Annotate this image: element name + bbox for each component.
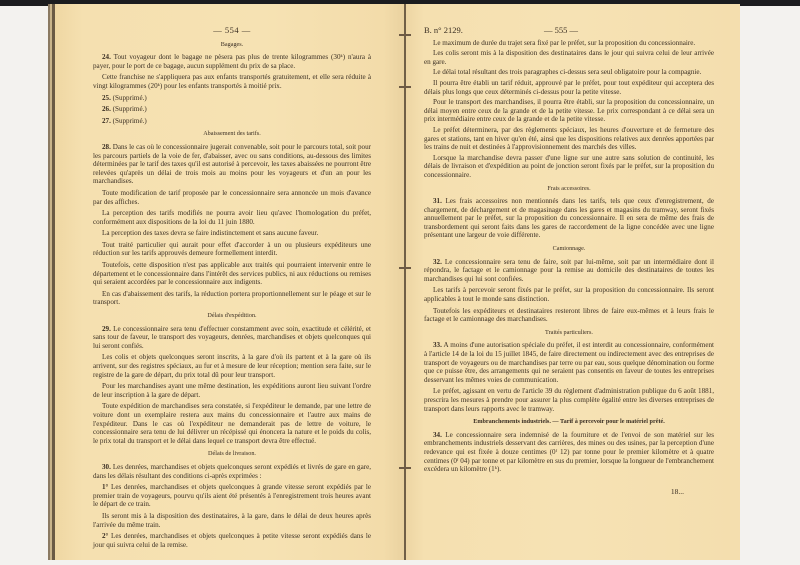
article-paragraph: 29. Le concessionnaire sera tenu d'effec…: [93, 325, 371, 351]
signature-mark: 18...: [424, 488, 714, 497]
section-heading: Abaissement des tarifs.: [93, 130, 371, 139]
right-page: B. n° 2129. — 555 — Le maximum de durée …: [404, 4, 740, 560]
article-paragraph: Toute expédition de marchandises sera co…: [93, 402, 371, 445]
right-intro-paragraphs: Le maximum de durée du trajet sera fixé …: [424, 39, 714, 180]
paragraph-text: Il pourra être établi un tarif réduit, a…: [424, 79, 714, 96]
article-paragraph: 30. Les denrées, marchandises et objets …: [93, 463, 371, 480]
binding-stitch: [399, 467, 411, 469]
section-heading: Camionnage.: [424, 245, 714, 254]
paragraph-text: Les tarifs à percevoir seront fixés par …: [424, 286, 714, 303]
paragraph-text: Le concessionnaire sera indemnisé de la …: [424, 431, 714, 473]
article-number: 24.: [102, 53, 111, 61]
article-paragraph: 28. Dans le cas où le concessionnaire ju…: [93, 143, 371, 186]
left-page-content: — 554 — Bagages.24. Tout voyageur dont l…: [93, 26, 371, 552]
article-paragraph: Toute modification de tarif proposée par…: [93, 189, 371, 206]
running-header: B. n° 2129. — 555 —: [424, 26, 714, 35]
paragraph-text: Le concessionnaire sera tenu de faire, s…: [424, 258, 714, 283]
section-heading: Traités particuliers.: [424, 329, 714, 338]
article-paragraph: La perception des taxes devra se faire i…: [93, 229, 371, 238]
paragraph-text: (Supprimé.): [111, 105, 147, 113]
paragraph-text: Ils seront mis à la disposition des dest…: [93, 512, 371, 529]
paragraph-text: Les denrées, marchandises et objets quel…: [93, 483, 371, 508]
page-number-right: — 555 —: [534, 26, 714, 35]
article-paragraph: Pour les marchandises ayant une même des…: [93, 382, 371, 399]
paragraph-text: Tout voyageur dont le bagage ne pèsera p…: [93, 53, 371, 70]
paragraph-text: Toutefois, cette disposition n'est pas a…: [93, 261, 371, 286]
article-number: 25.: [102, 94, 111, 102]
binding-stitch: [399, 86, 411, 88]
paragraph-text: Le maximum de durée du trajet sera fixé …: [424, 39, 714, 48]
page-number-left: — 554 —: [93, 26, 371, 35]
article-paragraph: 25. (Supprimé.): [93, 94, 371, 103]
article-number: 30.: [102, 463, 111, 471]
article-paragraph: En cas d'abaissement des tarifs, la rédu…: [93, 290, 371, 307]
binding-stitch: [399, 267, 411, 269]
bulletin-number: B. n° 2129.: [424, 26, 534, 35]
article-paragraph: La perception des tarifs modifiés ne pou…: [93, 209, 371, 226]
article-paragraph: 27. (Supprimé.): [93, 117, 371, 126]
paragraph-text: Tout traité particulier qui aurait pour …: [93, 241, 371, 258]
article-number: 27.: [102, 117, 111, 125]
article-paragraph: Toutefois les expéditeurs et destinatair…: [424, 307, 714, 324]
paragraph-text: Toutefois les expéditeurs et destinatair…: [424, 307, 714, 324]
article-paragraph: Le préfet, agissant en vertu de l'articl…: [424, 387, 714, 413]
paragraph-text: Les frais accessoires non mentionnés dan…: [424, 197, 714, 239]
article-paragraph: Cette franchise ne s'appliquera pas aux …: [93, 73, 371, 90]
article-paragraph: 1° Les denrées, marchandises et objets q…: [93, 483, 371, 509]
article-number: 33.: [433, 341, 442, 349]
article-paragraph: 2° Les denrées, marchandises et objets q…: [93, 532, 371, 549]
paragraph-text: A moins d'une autorisation spéciale du p…: [424, 341, 714, 383]
article-paragraph: 24. Tout voyageur dont le bagage ne pèse…: [93, 53, 371, 70]
book-spread: — 554 — Bagages.24. Tout voyageur dont l…: [52, 4, 740, 560]
section-heading: Délais d'expédition.: [93, 312, 371, 321]
article-paragraph: Toutefois, cette disposition n'est pas a…: [93, 261, 371, 287]
article-paragraph: 34. Le concessionnaire sera indemnisé de…: [424, 431, 714, 474]
article-number: 34.: [433, 431, 442, 439]
section-heading: Bagages.: [93, 41, 371, 50]
left-page: — 554 — Bagages.24. Tout voyageur dont l…: [52, 4, 404, 560]
paragraph-text: Les colis seront mis à la disposition de…: [424, 49, 714, 66]
paragraph-text: Le concessionnaire sera tenu d'effectuer…: [93, 325, 371, 350]
article-paragraph: 26. (Supprimé.): [93, 105, 371, 114]
article-number: 32.: [433, 258, 442, 266]
article-paragraph: 32. Le concessionnaire sera tenu de fair…: [424, 258, 714, 284]
section-heading: Délais de livraison.: [93, 450, 371, 459]
paragraph-text: Le délai total résultant des trois parag…: [424, 68, 714, 77]
article-paragraph: Tout traité particulier qui aurait pour …: [93, 241, 371, 258]
article-paragraph: 33. A moins d'une autorisation spéciale …: [424, 341, 714, 384]
paragraph-text: Pour les marchandises ayant une même des…: [93, 382, 371, 399]
article-paragraph: 31. Les frais accessoires non mentionnés…: [424, 197, 714, 240]
article-paragraph: Les tarifs à percevoir seront fixés par …: [424, 286, 714, 303]
paragraph-text: Pour le transport des marchandises, il p…: [424, 98, 714, 124]
paragraph-text: Dans le cas où le concessionnaire jugera…: [93, 143, 371, 185]
paragraph-text: (Supprimé.): [111, 94, 147, 102]
article-number: 28.: [102, 143, 111, 151]
section-heading: Frais accessoires.: [424, 185, 714, 194]
paragraph-text: En cas d'abaissement des tarifs, la rédu…: [93, 290, 371, 307]
article-number: 31.: [433, 197, 442, 205]
paragraph-text: (Supprimé.): [111, 117, 147, 125]
binding-stitch: [399, 34, 411, 36]
paragraph-text: Les colis et objets quelconques seront i…: [93, 353, 371, 378]
article-paragraph: Ils seront mis à la disposition des dest…: [93, 512, 371, 529]
right-page-content: B. n° 2129. — 555 — Le maximum de durée …: [424, 26, 714, 496]
paragraph-text: Les denrées, marchandises et objets quel…: [93, 532, 371, 549]
paragraph-text: Les denrées, marchandises et objets quel…: [93, 463, 371, 480]
section-heading: Embranchements industriels. — Tarif à pe…: [424, 418, 714, 427]
paragraph-text: La perception des taxes devra se faire i…: [102, 229, 318, 237]
article-paragraph: Les colis et objets quelconques seront i…: [93, 353, 371, 379]
paragraph-text: Lorsque la marchandise devra passer d'un…: [424, 154, 714, 180]
paragraph-text: Toute modification de tarif proposée par…: [93, 189, 371, 206]
paragraph-text: Le préfet déterminera, par des règlement…: [424, 126, 714, 152]
paragraph-text: La perception des tarifs modifiés ne pou…: [93, 209, 371, 226]
article-number: 29.: [102, 325, 111, 333]
paragraph-text: Le préfet, agissant en vertu de l'articl…: [424, 387, 714, 412]
paragraph-text: Cette franchise ne s'appliquera pas aux …: [93, 73, 371, 90]
paragraph-text: Toute expédition de marchandises sera co…: [93, 402, 371, 444]
article-number: 26.: [102, 105, 111, 113]
